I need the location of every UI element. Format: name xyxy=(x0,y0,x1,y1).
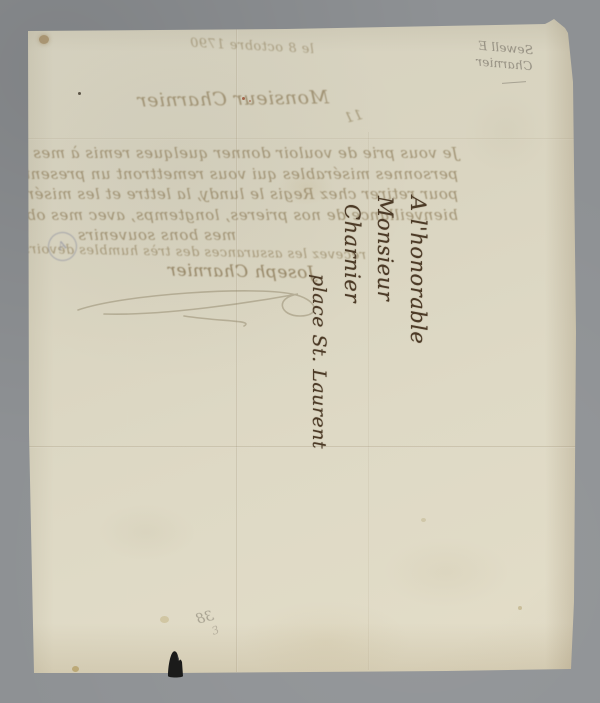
pencil-underline-dash xyxy=(502,81,526,84)
address-block: A l'honorable Monsieur Charnier place St… xyxy=(302,196,434,452)
address-line-name: Charnier xyxy=(335,196,368,452)
vertical-fold-left xyxy=(236,20,238,672)
address-line-recipient: A l'honorable Monsieur xyxy=(368,196,434,452)
address-line-street: place St. Laurent xyxy=(302,196,335,452)
foxing-spot xyxy=(78,92,81,95)
pencil-number-ghost: 3 xyxy=(210,623,221,638)
scan-background: le 8 octobre 1790 Monsieur Charnier 11 J… xyxy=(0,0,600,703)
showthrough-tick-marks: 11 xyxy=(342,107,364,127)
foxing-spot xyxy=(421,518,426,522)
letter-paper: le 8 octobre 1790 Monsieur Charnier 11 J… xyxy=(26,12,578,676)
showthrough-line: Je vous prie de vouloir donner quelques … xyxy=(44,143,458,164)
foxing-spot xyxy=(39,35,49,44)
showthrough-heading: Monsieur Charnier xyxy=(112,86,354,112)
foxing-spot xyxy=(518,606,522,610)
showthrough-line: personnes misérables qui vous remettront… xyxy=(44,164,458,185)
foxing-spot xyxy=(72,666,79,672)
horizontal-fold-top xyxy=(26,138,578,140)
foxing-spot xyxy=(160,616,169,623)
showthrough-date: le 8 octobre 1790 xyxy=(190,36,315,57)
pencil-corner-note: Sewell E Charnier xyxy=(445,35,565,77)
